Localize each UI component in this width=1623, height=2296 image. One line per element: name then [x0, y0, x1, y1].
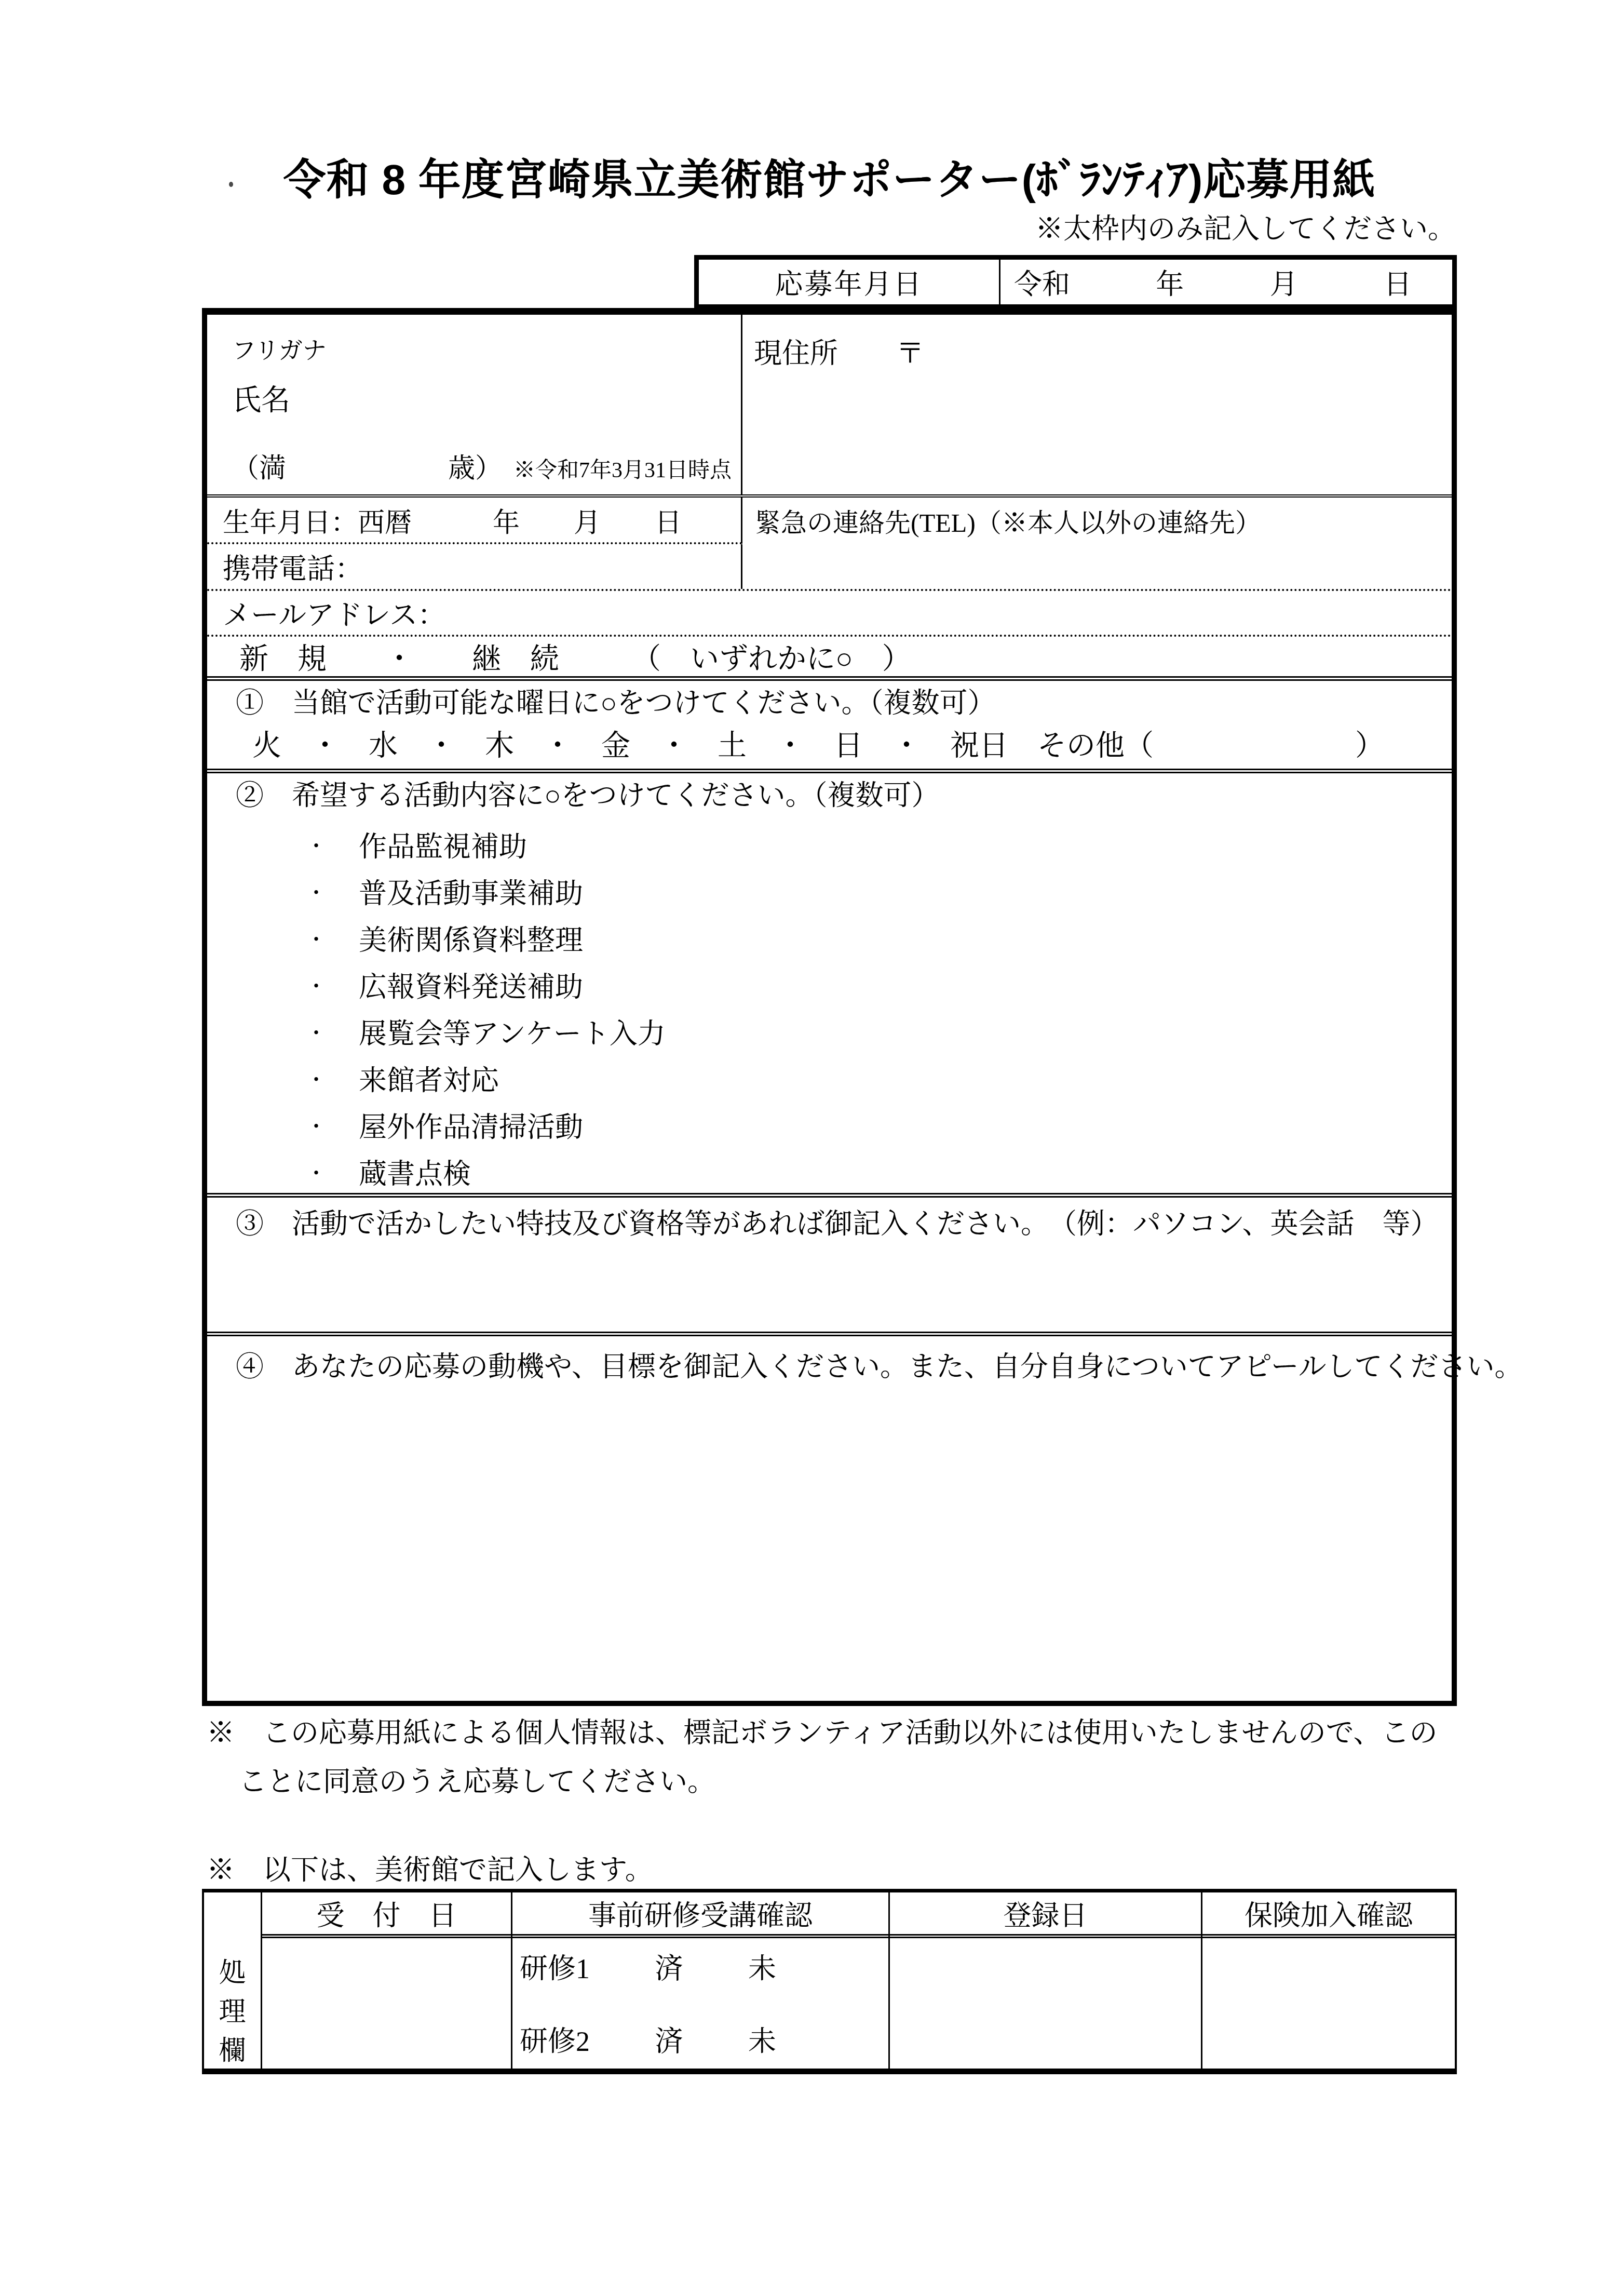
insurance-confirmation-column: 保険加入確認 — [1202, 1892, 1455, 2069]
section-skills: ③ 活動で活かしたい特技及び資格等があれば御記入ください。 （例：パソコン、英会… — [207, 1198, 1452, 1336]
activity-option: ・ 来館者対応 — [236, 1055, 1452, 1102]
bullet-icon: ・ — [306, 1017, 327, 1046]
day-options-line: 火 ・ 水 ・ 木 ・ 金 ・ 土 ・ 日 ・ 祝日 その他（ ） — [236, 726, 1452, 766]
close-paren: ） — [1355, 726, 1384, 766]
age-label: （満 歳） — [232, 454, 502, 484]
training1-notdone-option: 未 — [748, 1953, 776, 1984]
privacy-note-line2: ことに同意のうえ応募してください。 — [207, 1757, 1515, 1806]
activity-option-label: 来館者対応 — [359, 1058, 499, 1098]
registration-date-header: 登録日 — [890, 1892, 1201, 1938]
office-use-note: ※ 以下は、美術館で記入します。 — [207, 1848, 653, 1888]
bullet-icon: ・ — [306, 923, 327, 953]
email-label: メールアドレス： — [223, 593, 445, 633]
application-date-entry-area: 令和 年 月 日 — [1000, 260, 1452, 304]
training2-label: 研修2 — [520, 2026, 590, 2057]
bullet-icon: ・ — [306, 1157, 327, 1187]
application-date-table: 応募年月日 令和 年 月 日 — [694, 255, 1457, 309]
process-char: 理 — [219, 1990, 246, 2029]
section-available-days: ① 当館で活動可能な曜日に○をつけてください。（複数可） 火 ・ 水 ・ 木 ・… — [207, 681, 1452, 773]
bullet-icon: ・ — [306, 830, 327, 860]
bullet-icon: ・ — [306, 877, 327, 906]
month-suffix: 月 — [1270, 262, 1298, 302]
registration-date-column: 登録日 — [890, 1892, 1202, 2069]
activity-option: ・ 屋外作品清掃活動 — [236, 1102, 1452, 1148]
era-label: 令和 — [1014, 262, 1070, 302]
section3-example: （例：パソコン、英会話 等） — [1049, 1202, 1439, 1246]
furigana-label: フリガナ — [232, 331, 731, 366]
registration-type-options: 新 規 ・ 継 続 （ いずれかに○ ） — [239, 636, 911, 677]
activity-option-label: 普及活動事業補助 — [359, 871, 583, 911]
training1-done-option: 済 — [655, 1953, 683, 1984]
section-desired-activities: ② 希望する活動内容に○をつけてください。（複数可） ・ 作品監視補助 ・ 普及… — [207, 773, 1452, 1198]
activity-option: ・ 広報資料発送補助 — [236, 961, 1452, 1008]
activity-option: ・ 美術関係資料整理 — [236, 915, 1452, 961]
training2-row: 研修2 済 未 — [520, 2019, 888, 2059]
activity-option-label: 屋外作品清掃活動 — [359, 1105, 583, 1145]
insurance-confirmation-entry-area — [1202, 1938, 1455, 2069]
section-motivation: ④ あなたの応募の動機や、目標を御記入ください。また、自分自身についてアピールし… — [207, 1336, 1452, 1701]
name-cell: フリガナ 氏名 （満 歳）※令和7年3月31日時点 — [207, 315, 742, 494]
bullet-icon: ・ — [306, 1064, 327, 1093]
activity-option-label: 蔵書点検 — [359, 1152, 471, 1192]
day-suffix: 日 — [1384, 262, 1412, 302]
registration-type-row: 新 規 ・ 継 続 （ いずれかに○ ） — [207, 637, 1452, 681]
year-suffix: 年 — [1156, 262, 1184, 302]
training-confirmation-entry-area: 研修1 済 未 研修2 済 未 — [512, 1938, 888, 2069]
registration-date-entry-area — [890, 1938, 1201, 2069]
activity-option-label: 美術関係資料整理 — [359, 918, 583, 958]
privacy-note: ※ この応募用紙による個人情報は、標記ボランティア活動以外には使用いたしませんの… — [207, 1709, 1515, 1806]
emergency-contact-cell: 緊急の連絡先(TEL)（※本人以外の連絡先） — [742, 498, 1452, 544]
section4-heading: ④ あなたの応募の動機や、目標を御記入ください。また、自分自身についてアピールし… — [236, 1345, 1431, 1389]
training-confirmation-header: 事前研修受講確認 — [512, 1892, 888, 1938]
form-title: 令和 8 年度宮崎県立美術館サポーター(ﾎﾞﾗﾝﾃｨｱ)応募用紙 — [202, 155, 1457, 206]
emergency-contact-label: 緊急の連絡先(TEL)（※本人以外の連絡先） — [755, 502, 1261, 540]
application-date-label: 応募年月日 — [699, 260, 1000, 304]
activity-option: ・ 展覧会等アンケート入力 — [236, 1008, 1452, 1055]
day-options: 火 ・ 水 ・ 木 ・ 金 ・ 土 ・ 日 ・ 祝日 その他（ — [252, 726, 1154, 766]
age-asof-note: ※令和7年3月31日時点 — [513, 459, 732, 482]
postal-mark: 〒 — [896, 338, 924, 369]
insurance-confirmation-header: 保険加入確認 — [1202, 1892, 1455, 1938]
reception-date-header: 受 付 日 — [262, 1892, 511, 1938]
address-label: 現住所 — [754, 338, 838, 369]
activity-options-list: ・ 作品監視補助 ・ 普及活動事業補助 ・ 美術関係資料整理 ・ 広報資料発送補… — [236, 821, 1452, 1195]
birthdate-cell: 生年月日：西暦 年 月 日 — [207, 498, 742, 544]
training-confirmation-column: 事前研修受講確認 研修1 済 未 研修2 済 未 — [512, 1892, 890, 2069]
birthdate-label: 生年月日：西暦 年 月 日 — [223, 501, 682, 540]
age-line: （満 歳）※令和7年3月31日時点 — [232, 446, 731, 485]
activity-option: ・ 作品監視補助 — [236, 821, 1452, 868]
process-char: 欄 — [219, 2029, 246, 2067]
activity-option-label: 広報資料発送補助 — [359, 965, 583, 1005]
section2-heading: ② 希望する活動内容に○をつけてください。（複数可） — [236, 773, 1452, 818]
address-cell: 現住所〒 — [742, 315, 1452, 494]
birthdate-emergency-row: 生年月日：西暦 年 月 日 緊急の連絡先(TEL)（※本人以外の連絡先） — [207, 498, 1452, 544]
name-label: 氏名 — [232, 377, 731, 419]
name-address-row: フリガナ 氏名 （満 歳）※令和7年3月31日時点 現住所〒 — [207, 315, 1452, 498]
reception-date-column: 受 付 日 — [262, 1892, 512, 2069]
email-row: メールアドレス： — [207, 591, 1452, 637]
section3-heading: ③ 活動で活かしたい特技及び資格等があれば御記入ください。 — [236, 1202, 1049, 1246]
training1-row: 研修1 済 未 — [520, 1946, 888, 1986]
mobile-phone-row: 携帯電話： — [207, 544, 1452, 591]
mobile-phone-label: 携帯電話： — [223, 547, 363, 587]
training1-label: 研修1 — [520, 1953, 590, 1984]
office-use-table: 処 理 欄 受 付 日 事前研修受講確認 研修1 済 未 研修2 済 未 — [202, 1889, 1457, 2074]
mobile-phone-cell: 携帯電話： — [207, 544, 742, 589]
bullet-icon: ・ — [306, 1110, 327, 1140]
section1-heading: ① 当館で活動可能な曜日に○をつけてください。（複数可） — [236, 681, 1452, 726]
bullet-icon: ・ — [306, 970, 327, 1000]
training2-notdone-option: 未 — [748, 2026, 776, 2057]
activity-option: ・ 蔵書点検 — [236, 1148, 1452, 1195]
process-char: 処 — [219, 1951, 246, 1990]
activity-option-label: 展覧会等アンケート入力 — [359, 1012, 666, 1052]
emergency-contact-entry-area — [742, 544, 1452, 589]
process-column-label: 処 理 欄 — [204, 1892, 262, 2069]
privacy-note-line1: ※ この応募用紙による個人情報は、標記ボランティア活動以外には使用いたしませんの… — [207, 1709, 1515, 1757]
name-entry-area — [232, 419, 731, 446]
main-form-table: フリガナ 氏名 （満 歳）※令和7年3月31日時点 現住所〒 生年月日：西暦 年… — [202, 308, 1457, 1706]
activity-option-label: 作品監視補助 — [359, 825, 527, 865]
bold-frame-instruction: ※太枠内のみ記入してください。 — [1035, 207, 1456, 247]
activity-option: ・ 普及活動事業補助 — [236, 868, 1452, 915]
reception-date-entry-area — [262, 1938, 511, 2069]
training2-done-option: 済 — [655, 2026, 683, 2057]
